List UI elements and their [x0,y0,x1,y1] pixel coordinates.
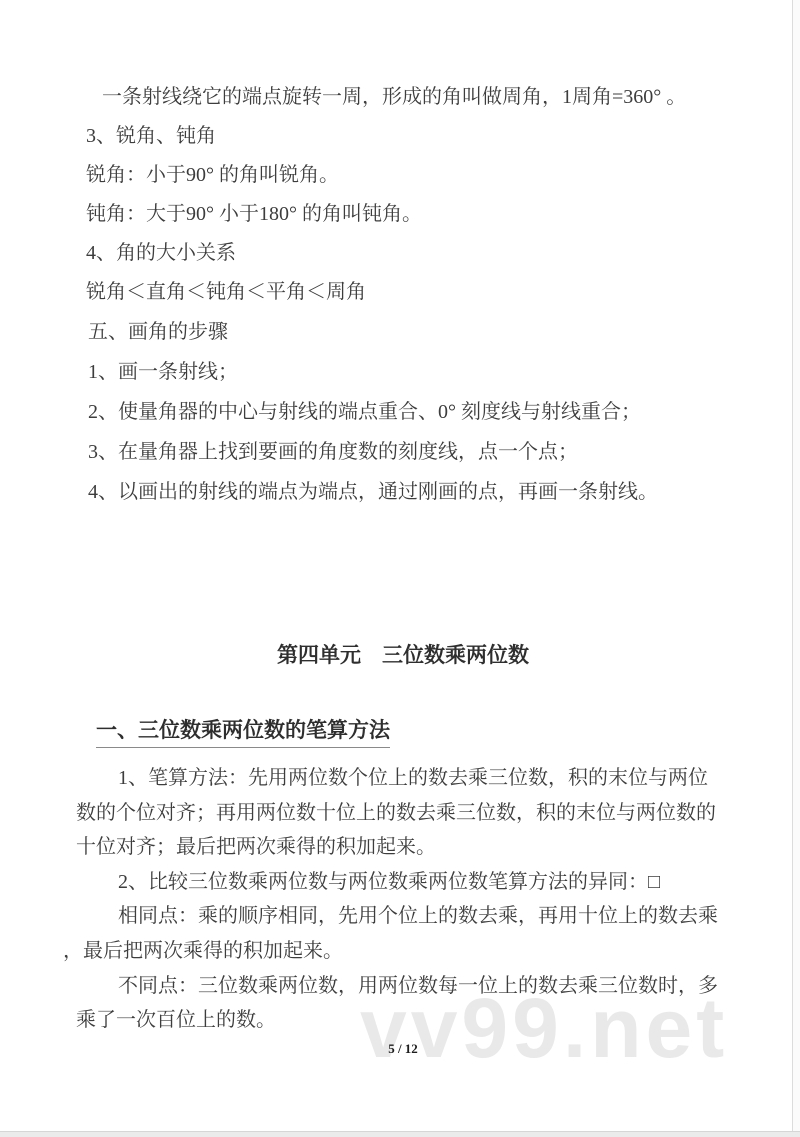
doc-line: 3、锐角、钝角 [86,117,730,156]
doc-line: 钝角：大于90° 小于180° 的角叫钝角。 [86,195,730,234]
doc-line: 4、角的大小关系 [86,234,730,273]
doc-line: 乘了一次百位上的数。 [76,1003,730,1038]
doc-line: 不同点：三位数乘两位数，用两位数每一位上的数去乘三位数时，多 [76,969,730,1004]
unit4-subheading-text: 一、三位数乘两位数的笔算方法 [96,715,390,748]
page-number: 5 / 12 [76,1041,730,1057]
page-right-margin [793,0,800,1137]
doc-line: 锐角：小于90° 的角叫锐角。 [86,156,730,195]
page-right-edge-line [792,0,793,1137]
doc-line: ，最后把两次乘得的积加起来。 [63,934,730,969]
doc-line: 十位对齐；最后把两次乘得的积加起来。 [76,830,730,865]
angle-definitions-section: 一条射线绕它的端点旋转一周，形成的角叫做周角，1周角=360° 。 3、锐角、钝… [76,78,730,312]
doc-line: 3、在量角器上找到要画的角度数的刻度线，点一个点； [88,432,730,472]
doc-line: 1、画一条射线； [88,352,730,392]
section-heading: 五、画角的步骤 [88,312,730,352]
doc-line: 4、以画出的射线的端点为端点，通过刚画的点，再画一条射线。 [88,472,730,512]
draw-angle-steps-section: 五、画角的步骤 1、画一条射线； 2、使量角器的中心与射线的端点重合、0° 刻度… [76,312,730,512]
unit4-title: 第四单元 三位数乘两位数 [76,640,730,670]
doc-line: 锐角＜直角＜钝角＜平角＜周角 [86,273,730,312]
doc-line: 1、笔算方法：先用两位数个位上的数去乘三位数，积的末位与两位 [76,761,730,796]
doc-line: 2、使量角器的中心与射线的端点重合、0° 刻度线与射线重合； [88,392,730,432]
doc-line: 2、比较三位数乘两位数与两位数乘两位数笔算方法的异同：□ [76,865,730,900]
doc-line: 数的个位对齐；再用两位数十位上的数去乘三位数，积的末位与两位数的 [76,796,730,831]
page-content: 一条射线绕它的端点旋转一周，形成的角叫做周角，1周角=360° 。 3、锐角、钝… [0,0,800,1057]
doc-line: 一条射线绕它的端点旋转一周，形成的角叫做周角，1周角=360° 。 [76,78,730,117]
unit4-subheading: 一、三位数乘两位数的笔算方法 [96,715,730,748]
doc-line: 相同点：乘的顺序相同，先用个位上的数去乘，再用十位上的数去乘 [76,899,730,934]
page-bottom-bar [0,1131,800,1137]
document-page: vv99.net 一条射线绕它的端点旋转一周，形成的角叫做周角，1周角=360°… [0,0,800,1137]
unit4-paragraphs: 1、笔算方法：先用两位数个位上的数去乘三位数，积的末位与两位 数的个位对齐；再用… [76,761,730,1038]
